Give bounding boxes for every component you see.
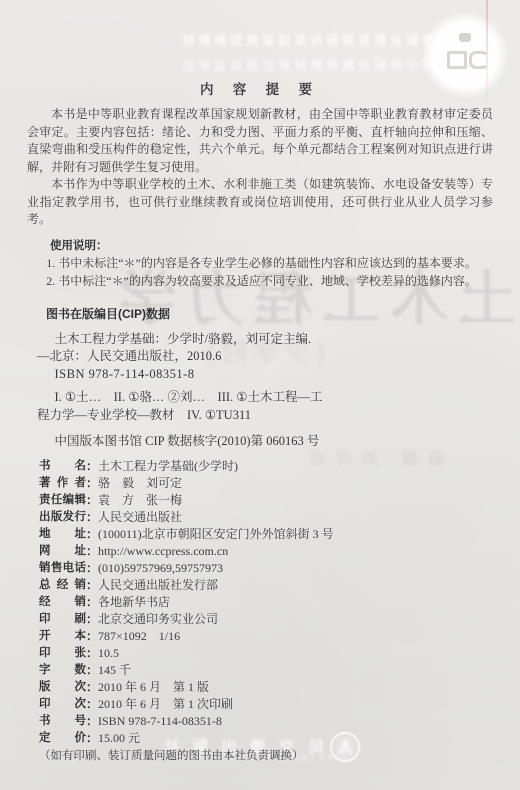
cip-classification: I. ①土… II. ①骆… ②刘… III. ①土木工程—工程力学—专业学校—… [27, 389, 493, 425]
summary-paragraph: 本书作为中等职业学校的土木、水利非施工类（如建筑装饰、水电设备安装等）专业指定教… [27, 176, 493, 229]
usage-notes-list: 1. 书中未标注“＊”的内容是各专业学生必修的基础性内容和应该达到的基本要求。2… [27, 255, 493, 291]
colophon-row: 字数：145 千 [27, 662, 493, 679]
colophon-colon: ： [86, 561, 98, 575]
colophon-label: 著作者 [39, 475, 86, 492]
colophon-label: 开本 [39, 628, 86, 645]
colophon-value: http://www.ccpress.com.cn [98, 544, 228, 558]
colophon-colon: ： [86, 578, 98, 592]
colophon-row: 印次：2010 年 6 月 第 1 次印刷 [27, 696, 493, 713]
cip-classification-line: 程力学—专业学校—教材 IV. ①TU311 [27, 407, 493, 425]
colophon-row: 版次：2010 年 6 月 第 1 版 [27, 679, 493, 696]
colophon-value: 15.00 元 [98, 731, 140, 745]
colophon-row: 书名：土木工程力学基础(少学时) [27, 458, 493, 475]
colophon-value: 2010 年 6 月 第 1 次印刷 [98, 697, 233, 711]
colophon-value: 2010 年 6 月 第 1 版 [98, 680, 209, 694]
colophon-label: 网址 [39, 543, 86, 560]
colophon-value: 人民交通出版社 [98, 510, 182, 524]
colophon-colon: ： [86, 527, 98, 541]
colophon-colon: ： [86, 663, 98, 677]
colophon-colon: ： [86, 697, 98, 711]
colophon-value: (010)59757969,59757973 [98, 561, 223, 575]
colophon-row: 定价：15.00 元 [27, 730, 493, 747]
usage-notes-heading: 使用说明： [50, 238, 493, 256]
summary-paragraphs: 本书是中等职业教育课程改革国家规划新教材，由全国中等职业教育教材审定委员会审定。… [27, 106, 493, 229]
colophon-row: 销售电话：(010)59757969,59757973 [27, 560, 493, 577]
colophon-label: 销售电话 [39, 560, 86, 577]
cip-catalog-line: 土木工程力学基础：少学时/骆毅，刘可定主编. [27, 331, 493, 349]
colophon-row: 经销：各地新华书店 [27, 594, 493, 611]
colophon-value: 人民交通出版社发行部 [98, 578, 218, 592]
colophon-table: 书名：土木工程力学基础(少学时)著作者：骆 毅 刘可定责任编辑：袁 方 张一梅出… [27, 458, 493, 747]
colophon-value: 各地新华书店 [98, 595, 170, 609]
usage-note-item: 1. 书中未标注“＊”的内容是各专业学生必修的基础性内容和应该达到的基本要求。 [46, 255, 493, 273]
colophon-label: 印刷 [39, 611, 86, 628]
cip-catalog-lines: 土木工程力学基础：少学时/骆毅，刘可定主编.—北京：人民交通出版社，2010.6… [27, 331, 493, 384]
colophon-label: 经销 [39, 594, 86, 611]
colophon-row: 著作者：骆 毅 刘可定 [27, 475, 493, 492]
colophon-label: 印次 [39, 696, 86, 713]
colophon-value: 10.5 [98, 646, 119, 660]
colophon-row: 责任编辑：袁 方 张一梅 [27, 492, 493, 509]
colophon-value: 袁 方 张一梅 [98, 493, 182, 507]
colophon-value: ISBN 978-7-114-08351-8 [98, 714, 222, 728]
cip-catalog-line: —北京：人民交通出版社，2010.6 [27, 348, 493, 366]
colophon-row: 开本：787×1092 1/16 [27, 628, 493, 645]
colophon-label: 责任编辑 [39, 492, 86, 509]
colophon-value: 骆 毅 刘可定 [98, 476, 182, 490]
colophon-value: 北京交通印务实业公司 [98, 612, 218, 626]
colophon-colon: ： [86, 646, 98, 660]
colophon-value: 土木工程力学基础(少学时) [98, 459, 238, 473]
colophon-value: 787×1092 1/16 [98, 629, 180, 643]
colophon-colon: ： [86, 714, 98, 728]
colophon-row: 印张：10.5 [27, 645, 493, 662]
colophon-row: 印刷：北京交通印务实业公司 [27, 611, 493, 628]
colophon-colon: ： [86, 544, 98, 558]
colophon-colon: ： [86, 612, 98, 626]
colophon-label: 定价 [39, 730, 86, 747]
colophon-colon: ： [86, 595, 98, 609]
colophon-colon: ： [86, 510, 98, 524]
cip-classification-line: I. ①土… II. ①骆… ②刘… III. ①土木工程—工 [27, 389, 493, 407]
page-content: 内 容 提 要 本书是中等职业教育课程改革国家规划新教材，由全国中等职业教育教材… [0, 0, 520, 790]
colophon-label: 总经销 [39, 577, 86, 594]
summary-paragraph: 本书是中等职业教育课程改革国家规划新教材，由全国中等职业教育教材审定委员会审定。… [27, 106, 493, 176]
colophon-colon: ： [86, 680, 98, 694]
colophon-colon: ： [86, 629, 98, 643]
colophon-row: 地址：(100011)北京市朝阳区安定门外外馆斜街 3 号 [27, 526, 493, 543]
replacement-note: （如有印刷、装订质量问题的图书由本社负责调换） [39, 748, 493, 765]
colophon-colon: ： [86, 493, 98, 507]
cip-catalog-line: ISBN 978-7-114-08351-8 [27, 366, 493, 384]
colophon-label: 印张 [39, 645, 86, 662]
colophon-label: 书名 [39, 458, 86, 475]
cip-heading: 图书在版编目(CIP)数据 [46, 305, 493, 323]
colophon-colon: ： [86, 731, 98, 745]
summary-heading: 内 容 提 要 [27, 78, 493, 98]
colophon-colon: ： [86, 476, 98, 490]
cip-section: 图书在版编目(CIP)数据 土木工程力学基础：少学时/骆毅，刘可定主编.—北京：… [27, 305, 493, 450]
colophon-value: (100011)北京市朝阳区安定门外外馆斜街 3 号 [98, 527, 334, 541]
colophon-row: 出版发行：人民交通出版社 [27, 509, 493, 526]
colophon-colon: ： [86, 459, 98, 473]
colophon-label: 字数 [39, 662, 86, 679]
colophon-label: 版次 [39, 679, 86, 696]
colophon-value: 145 千 [98, 663, 131, 677]
colophon-label: 出版发行 [39, 509, 86, 526]
usage-note-item: 2. 书中标注“＊”的内容为较高要求及适应不同专业、地域、学校差异的选修内容。 [46, 273, 493, 291]
colophon-label: 地址 [39, 526, 86, 543]
colophon-row: 网址：http://www.ccpress.com.cn [27, 543, 493, 560]
cip-record-number: 中国版本图书馆 CIP 数据核字(2010)第 060163 号 [27, 432, 493, 450]
colophon-row: 总经销：人民交通出版社发行部 [27, 577, 493, 594]
colophon-row: 书号：ISBN 978-7-114-08351-8 [27, 713, 493, 730]
colophon-label: 书号 [39, 713, 86, 730]
book-copyright-page: 中等职业教育课程改革国家规划新教材 全国中等职业教育教材审定委员会审定 土木工程… [0, 0, 520, 790]
